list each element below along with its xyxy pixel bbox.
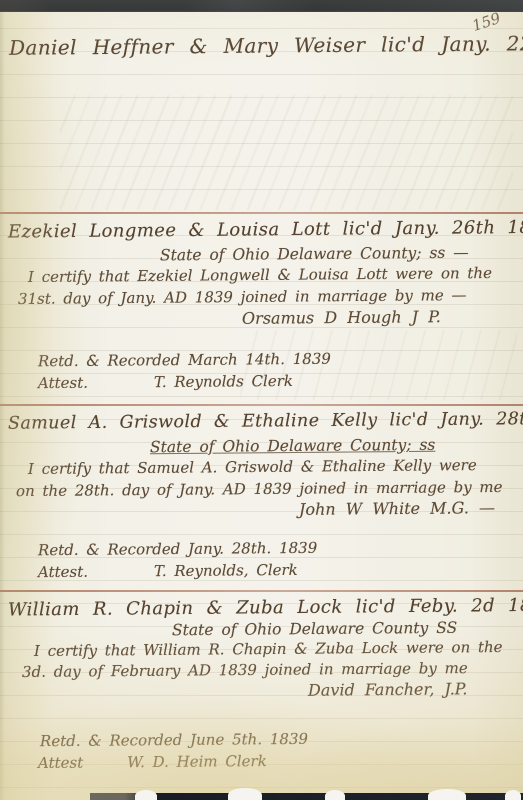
ink-bleed-through xyxy=(60,95,513,210)
attest-label: Attest. xyxy=(38,563,88,581)
attest-row: Attest W. D. Heim Clerk xyxy=(38,752,267,772)
entry-heading-longwell-lott: Ezekiel Longmee & Louisa Lott lic'd Jany… xyxy=(8,216,523,242)
entry-heading-heffner-weiser: Daniel Heffner & Mary Weiser lic'd Jany.… xyxy=(9,30,523,60)
recorded-line: Retd. & Recorded Jany. 28th. 1839 xyxy=(38,539,317,559)
attest-label: Attest xyxy=(38,754,83,772)
torn-paper-fragment xyxy=(428,789,466,800)
officiant-signature: John W White M.G. — xyxy=(299,498,495,519)
torn-paper-fragment xyxy=(505,790,521,800)
clerk-signature: T. Reynolds Clerk xyxy=(154,372,293,391)
officiant-signature: David Fancher, J.P. xyxy=(308,679,468,699)
attest-label: Attest. xyxy=(38,374,88,392)
certification-line: I certify that Ezekiel Longwell & Louisa… xyxy=(28,264,492,286)
section-divider xyxy=(0,590,523,592)
certification-line: I certify that Samuel A. Griswold & Etha… xyxy=(28,456,477,478)
recorded-line: Retd. & Recorded March 14th. 1839 xyxy=(38,350,331,371)
attest-row: Attest. T. Reynolds, Clerk xyxy=(38,561,298,581)
torn-paper-fragment xyxy=(228,788,262,800)
top-binding-edge xyxy=(0,0,523,12)
clerk-signature: T. Reynolds, Clerk xyxy=(154,561,298,580)
recorded-line: Retd. & Recorded June 5th. 1839 xyxy=(40,730,308,750)
state-county-line: State of Ohio Delaware County; ss xyxy=(150,436,435,456)
torn-paper-fragment xyxy=(325,790,345,800)
officiant-signature: Orsamus D Hough J P. xyxy=(242,307,441,328)
state-county-line: State of Ohio Delaware County SS xyxy=(172,619,457,639)
entry-heading-griswold-kelly: Samuel A. Griswold & Ethaline Kelly lic'… xyxy=(8,408,523,433)
certification-line: on the 28th. day of Jany. AD 1839 joined… xyxy=(16,478,503,500)
certification-line: 3d. day of February AD 1839 joined in ma… xyxy=(22,659,468,681)
certification-line: 31st. day of Jany. AD 1839 joined in mar… xyxy=(18,286,467,308)
clerk-signature: W. D. Heim Clerk xyxy=(127,752,267,771)
entry-heading-chapin-lock: William R. Chapin & Zuba Lock lic'd Feby… xyxy=(8,594,523,620)
section-divider xyxy=(0,404,523,406)
section-divider xyxy=(0,212,523,214)
torn-paper-fragment xyxy=(135,790,157,800)
marriage-ledger-page: 159 Daniel Heffner & Mary Weiser lic'd J… xyxy=(0,0,523,800)
state-county-line: State of Ohio Delaware County; ss — xyxy=(160,244,469,265)
certification-line: I certify that William R. Chapin & Zuba … xyxy=(34,638,503,660)
attest-row: Attest. T. Reynolds Clerk xyxy=(38,372,293,392)
